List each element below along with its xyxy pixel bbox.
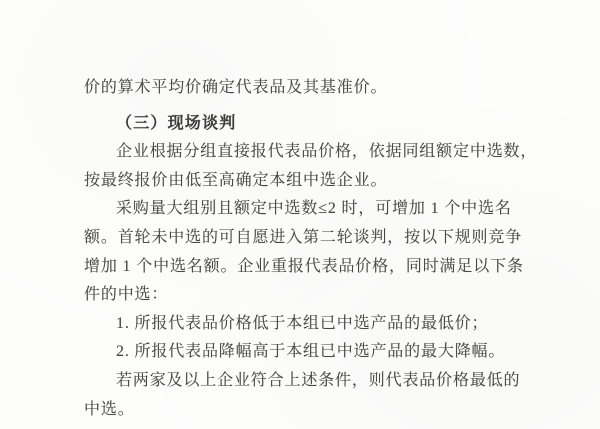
document-page: 价的算术平均价确定代表品及其基准价。 （三）现场谈判 企业根据分组直接报代表品价… bbox=[0, 0, 600, 429]
paragraph-line: 若两家及以上企业符合上述条件，则代表品价格最低的 bbox=[84, 367, 524, 396]
paragraph-line: 额。首轮未中选的可自愿进入第二轮谈判，按以下规则竞争 bbox=[84, 224, 524, 253]
paragraph-line: 件的中选： bbox=[84, 281, 524, 310]
paragraph-line: 价的算术平均价确定代表品及其基准价。 bbox=[84, 74, 524, 103]
paragraph-line: 按最终报价由低至高确定本组中选企业。 bbox=[84, 167, 524, 196]
list-item-line: 2. 所报代表品降幅高于本组已中选产品的最大降幅。 bbox=[84, 338, 524, 367]
paragraph-line: 企业根据分组直接报代表品价格，依据同组额定中选数， bbox=[84, 138, 524, 167]
document-text-block: 价的算术平均价确定代表品及其基准价。 （三）现场谈判 企业根据分组直接报代表品价… bbox=[84, 74, 524, 424]
paragraph-line: 中选。 bbox=[84, 396, 524, 425]
paragraph-line: 采购量大组别且额定中选数≤2 时，可增加 1 个中选名 bbox=[84, 195, 524, 224]
paragraph-line: 增加 1 个中选名额。企业重报代表品价格，同时满足以下条 bbox=[84, 253, 524, 282]
list-item-line: 1. 所报代表品价格低于本组已中选产品的最低价； bbox=[84, 310, 524, 339]
section-heading: （三）现场谈判 bbox=[84, 110, 524, 139]
